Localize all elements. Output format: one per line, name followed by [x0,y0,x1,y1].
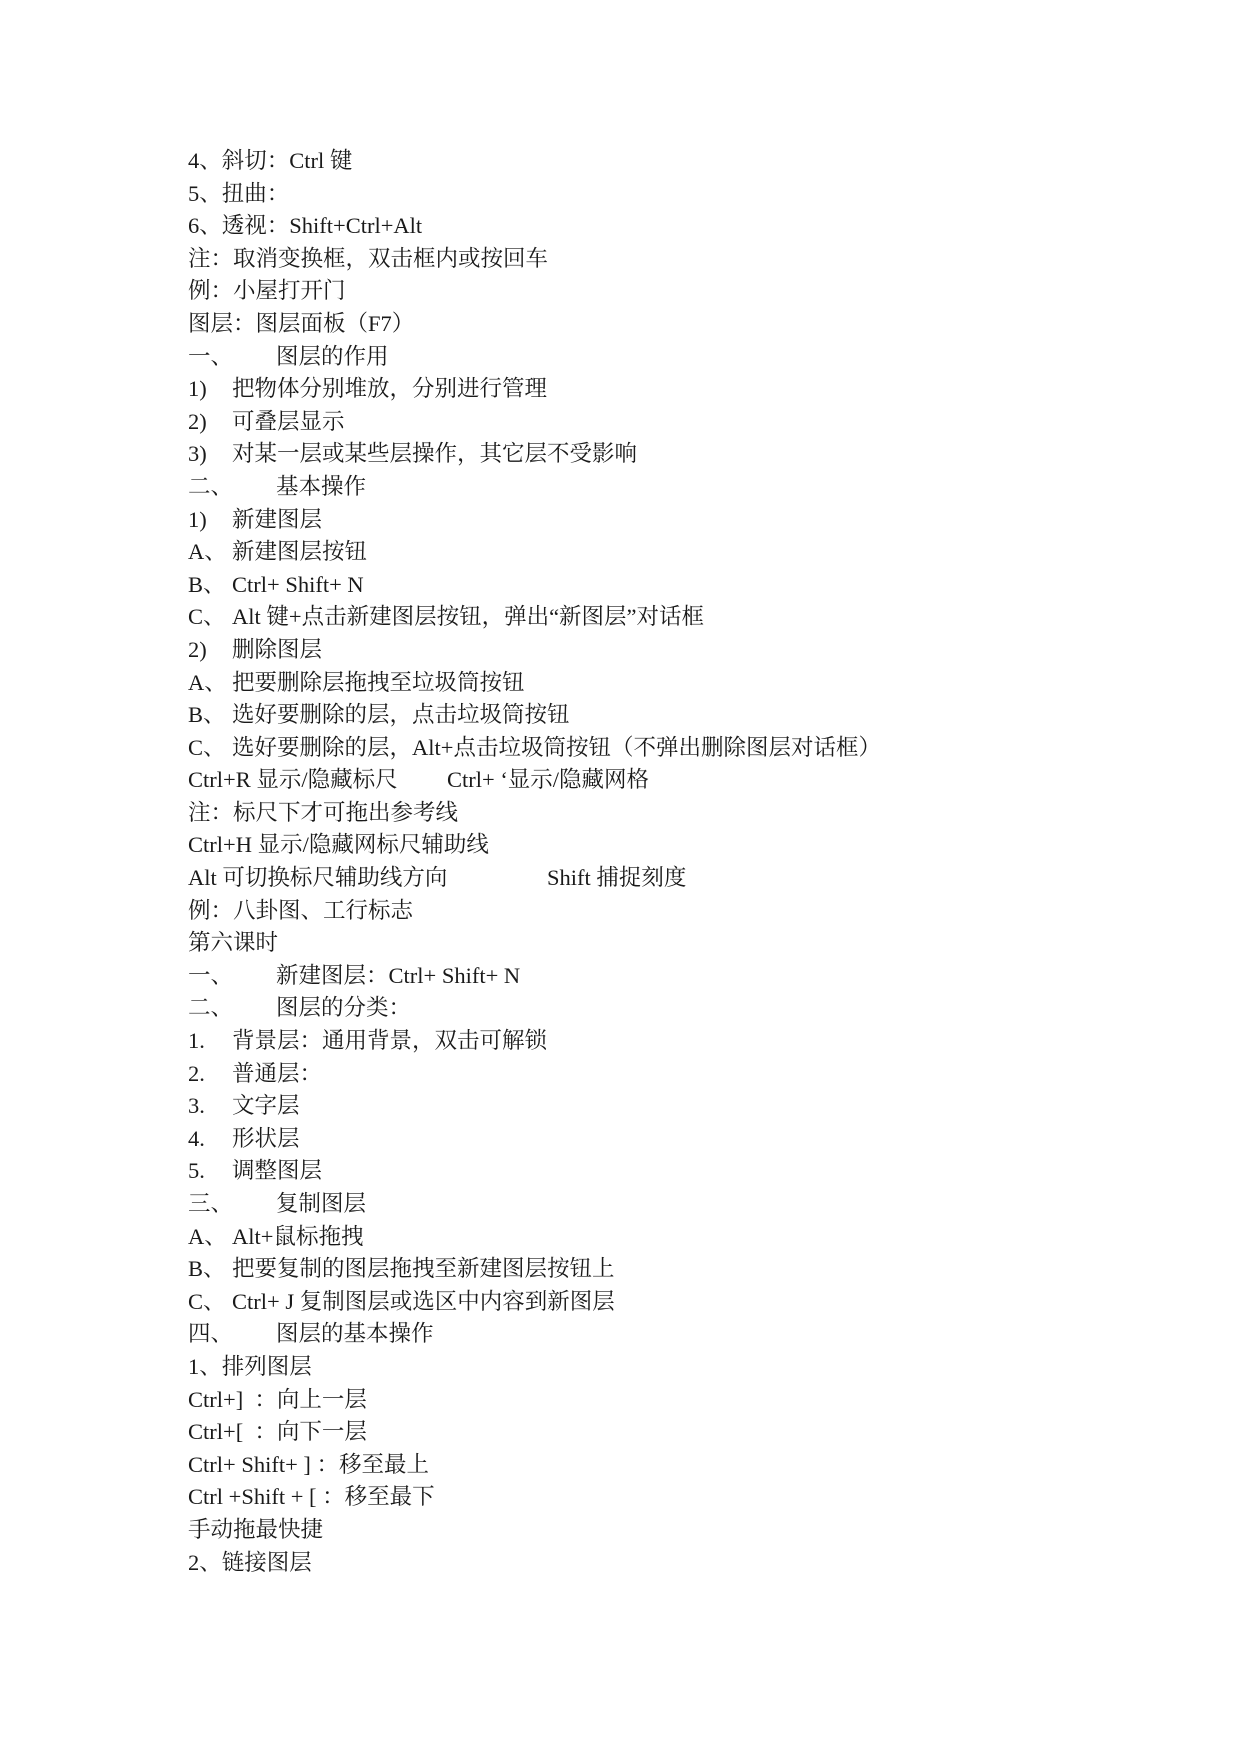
line-text: Ctrl+[ ：向下一层 [188,1419,367,1444]
line-text: 注：标尺下才可拖出参考线 [188,800,458,825]
line-text: 普通层： [232,1061,322,1086]
text-line: 1.背景层：通用背景，双击可解锁 [188,1025,1088,1058]
text-line: 4、斜切：Ctrl 键 [188,145,1088,178]
list-marker: 1. [188,1025,232,1058]
line-text: 删除图层 [232,637,322,662]
text-line: Alt 可切换标尺辅助线方向Shift 捕捉刻度 [188,862,1088,895]
text-line: 二、图层的分类： [188,992,1088,1025]
text-line: 6、透视：Shift+Ctrl+Alt [188,210,1088,243]
line-text: 形状层 [232,1126,300,1151]
line-text: 1、排列图层 [188,1354,312,1379]
line-text: 新建图层 [232,507,322,532]
text-line: 图层：图层面板（F7） [188,308,1088,341]
line-text: 文字层 [232,1093,300,1118]
list-marker: 3. [188,1090,232,1123]
text-line: A、把要删除层拖拽至垃圾筒按钮 [188,667,1088,700]
text-line: 2、链接图层 [188,1547,1088,1580]
line-text: 图层的分类： [276,995,411,1020]
text-line: B、把要复制的图层拖拽至新建图层按钮上 [188,1253,1088,1286]
line-text: 5、扭曲： [188,181,289,206]
list-marker: 3) [188,438,232,471]
text-line: B、选好要删除的层，点击垃圾筒按钮 [188,699,1088,732]
list-marker: A、 [188,1221,232,1254]
text-line: A、Alt+鼠标拖拽 [188,1221,1088,1254]
line-text: 可叠层显示 [232,409,345,434]
text-line: 三、复制图层 [188,1188,1088,1221]
line-text: Ctrl+ Shift+ ] ：移至最上 [188,1452,429,1477]
line-text: 选好要删除的层，Alt+点击垃圾筒按钮（不弹出删除图层对话框） [232,735,881,760]
text-line: 手动拖最快捷 [188,1514,1088,1547]
line-text: Ctrl+R 显示/隐藏标尺 [188,767,398,792]
list-marker: B、 [188,569,232,602]
line-text: 基本操作 [276,474,366,499]
list-marker: B、 [188,1253,232,1286]
list-marker: C、 [188,601,232,634]
text-line: Ctrl+H 显示/隐藏网标尺辅助线 [188,829,1088,862]
text-line: 例：小屋打开门 [188,275,1088,308]
list-marker: 二、 [188,471,276,504]
document-page: 4、斜切：Ctrl 键5、扭曲：6、透视：Shift+Ctrl+Alt注：取消变… [0,0,1241,1754]
list-marker: 四、 [188,1318,276,1351]
text-line: 一、新建图层：Ctrl+ Shift+ N [188,960,1088,993]
line-text: 背景层：通用背景，双击可解锁 [232,1028,547,1053]
line-text: 2、链接图层 [188,1550,312,1575]
text-line: 1)新建图层 [188,504,1088,537]
line-text: Ctrl+ Shift+ N [232,572,364,597]
line-text: 注：取消变换框，双击框内或按回车 [188,246,548,271]
text-line: 5、扭曲： [188,178,1088,211]
line-text: 把要复制的图层拖拽至新建图层按钮上 [232,1256,615,1281]
list-marker: 二、 [188,992,276,1025]
list-marker: 2. [188,1058,232,1091]
text-line: 4.形状层 [188,1123,1088,1156]
line-text: 调整图层 [232,1158,322,1183]
line-text: 6、透视：Shift+Ctrl+Alt [188,213,422,238]
second-column-text: Shift 捕捉刻度 [547,862,686,895]
text-line: 3)对某一层或某些层操作，其它层不受影响 [188,438,1088,471]
list-marker: 5. [188,1155,232,1188]
text-line: Ctrl+] ：向上一层 [188,1384,1088,1417]
text-line: 3.文字层 [188,1090,1088,1123]
text-line: B、Ctrl+ Shift+ N [188,569,1088,602]
text-line: Ctrl+R 显示/隐藏标尺Ctrl+ ‘显示/隐藏网格 [188,764,1088,797]
list-marker: 1) [188,504,232,537]
document-body: 4、斜切：Ctrl 键5、扭曲：6、透视：Shift+Ctrl+Alt注：取消变… [188,145,1088,1579]
list-marker: 三、 [188,1188,276,1221]
list-marker: A、 [188,536,232,569]
list-marker: A、 [188,667,232,700]
line-text: Ctrl+] ：向上一层 [188,1387,367,1412]
line-text: 例：小屋打开门 [188,278,346,303]
list-marker: C、 [188,732,232,765]
line-text: 新建图层：Ctrl+ Shift+ N [276,963,520,988]
line-text: 把要删除层拖拽至垃圾筒按钮 [232,670,525,695]
list-marker: C、 [188,1286,232,1319]
text-line: C、Alt 键+点击新建图层按钮，弹出“新图层”对话框 [188,601,1088,634]
text-line: 注：标尺下才可拖出参考线 [188,797,1088,830]
list-marker: 2) [188,406,232,439]
line-text: Alt 可切换标尺辅助线方向 [188,865,447,890]
text-line: A、新建图层按钮 [188,536,1088,569]
line-text: 4、斜切：Ctrl 键 [188,148,352,173]
line-text: 手动拖最快捷 [188,1517,323,1542]
text-line: 二、基本操作 [188,471,1088,504]
line-text: 复制图层 [276,1191,366,1216]
list-marker: 1) [188,373,232,406]
line-text: Ctrl +Shift + [ ：移至最下 [188,1484,435,1509]
line-text: 图层的基本操作 [276,1321,434,1346]
text-line: 5.调整图层 [188,1155,1088,1188]
list-marker: 一、 [188,960,276,993]
line-text: Alt 键+点击新建图层按钮，弹出“新图层”对话框 [232,604,704,629]
text-line: C、选好要删除的层，Alt+点击垃圾筒按钮（不弹出删除图层对话框） [188,732,1088,765]
text-line: 2)删除图层 [188,634,1088,667]
list-marker: 一、 [188,341,276,374]
text-line: 一、图层的作用 [188,341,1088,374]
line-text: 图层：图层面板（F7） [188,311,414,336]
text-line: 2)可叠层显示 [188,406,1088,439]
text-line: Ctrl+[ ：向下一层 [188,1416,1088,1449]
line-text: 把物体分别堆放，分别进行管理 [232,376,547,401]
line-text: 选好要删除的层，点击垃圾筒按钮 [232,702,570,727]
line-text: 第六课时 [188,930,278,955]
text-line: Ctrl+ Shift+ ] ：移至最上 [188,1449,1088,1482]
text-line: 注：取消变换框，双击框内或按回车 [188,243,1088,276]
line-text: 对某一层或某些层操作，其它层不受影响 [232,441,637,466]
second-column-text: Ctrl+ ‘显示/隐藏网格 [447,764,649,797]
list-marker: 4. [188,1123,232,1156]
line-text: 例：八卦图、工行标志 [188,898,413,923]
list-marker: B、 [188,699,232,732]
line-text: Ctrl+H 显示/隐藏网标尺辅助线 [188,832,489,857]
text-line: 例：八卦图、工行标志 [188,895,1088,928]
line-text: 新建图层按钮 [232,539,367,564]
text-line: 2.普通层： [188,1058,1088,1091]
text-line: 1)把物体分别堆放，分别进行管理 [188,373,1088,406]
line-text: Alt+鼠标拖拽 [232,1224,363,1249]
text-line: Ctrl +Shift + [ ：移至最下 [188,1481,1088,1514]
line-text: 图层的作用 [276,344,389,369]
text-line: 第六课时 [188,927,1088,960]
list-marker: 2) [188,634,232,667]
text-line: 四、图层的基本操作 [188,1318,1088,1351]
text-line: C、Ctrl+ J 复制图层或选区中内容到新图层 [188,1286,1088,1319]
line-text: Ctrl+ J 复制图层或选区中内容到新图层 [232,1289,615,1314]
text-line: 1、排列图层 [188,1351,1088,1384]
